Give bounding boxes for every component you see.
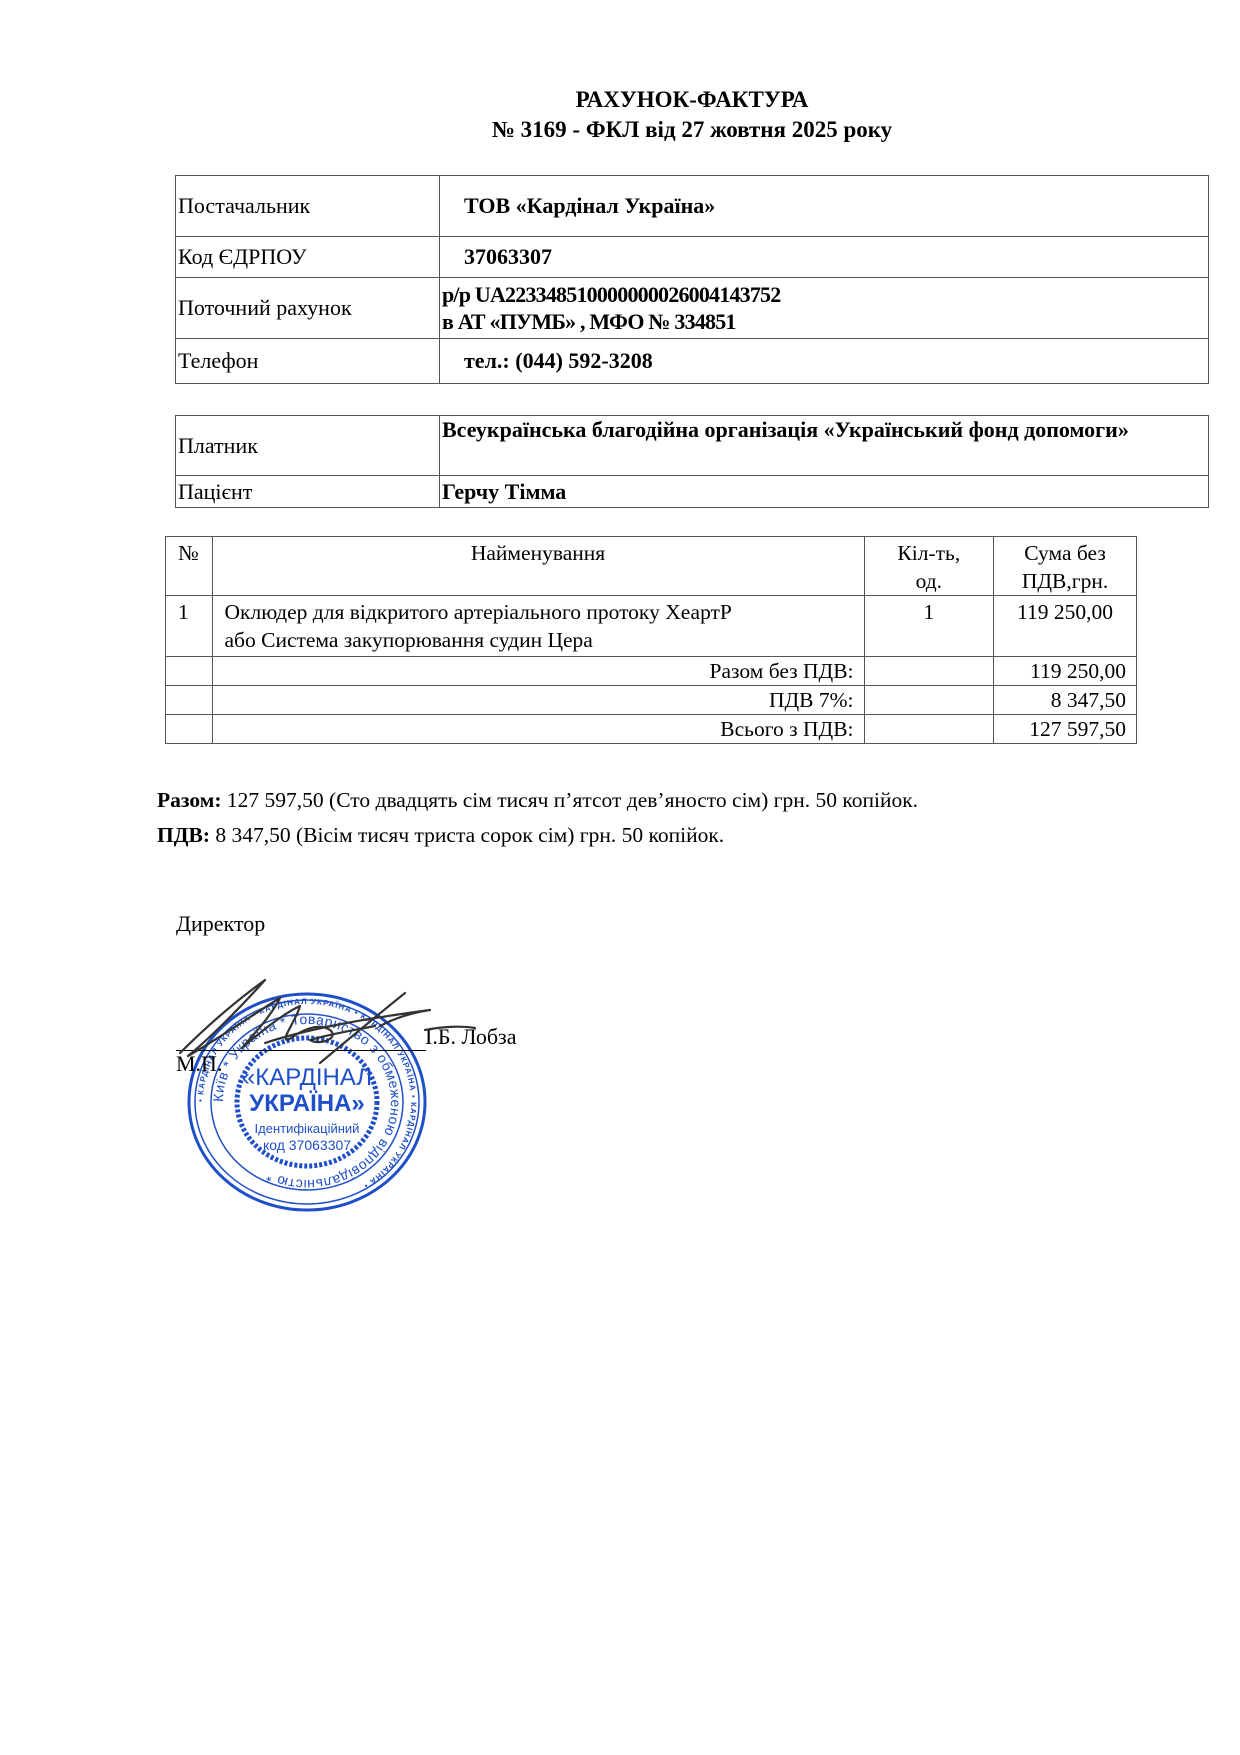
supplier-row: Постачальник ТОВ «Кардінал Україна» — [176, 176, 1209, 237]
phone-row: Телефон тел.: (044) 592-3208 — [176, 339, 1209, 384]
patient-label: Пацієнт — [176, 476, 440, 508]
phone-value: тел.: (044) 592-3208 — [440, 339, 1209, 384]
header-sum: Сума без ПДВ,грн. — [994, 537, 1137, 596]
vat-label: ПДВ 7%: — [212, 686, 864, 715]
vat-value: 8 347,50 — [994, 686, 1137, 715]
subtotal-row: Разом без ПДВ: 119 250,00 — [166, 657, 1137, 686]
patient-row: Пацієнт Герчу Тімма — [176, 476, 1209, 508]
vat-row: ПДВ 7%: 8 347,50 — [166, 686, 1137, 715]
item-name: Оклюдер для відкритого артеріального про… — [212, 596, 864, 657]
summary-vat-label: ПДВ: — [157, 823, 210, 847]
header-name: Найменування — [212, 537, 864, 596]
header-sum-line1: Сума без — [994, 539, 1136, 567]
subtotal-value: 119 250,00 — [994, 657, 1137, 686]
edrpou-label: Код ЄДРПОУ — [176, 237, 440, 278]
director-title: Директор — [176, 911, 265, 937]
edrpou-value: 37063307 — [440, 237, 1209, 278]
items-header-row: № Найменування Кіл-ть, од. Сума без ПДВ,… — [166, 537, 1137, 596]
summary-vat: ПДВ: 8 347,50 (Вісім тисяч триста сорок … — [157, 821, 724, 849]
item-qty: 1 — [864, 596, 994, 657]
svg-text:Ідентифікаційний: Ідентифікаційний — [255, 1121, 360, 1136]
payer-value: Всеукраїнська благодійна організація «Ук… — [440, 416, 1209, 476]
header-qty: Кіл-ть, од. — [864, 537, 994, 596]
phone-label: Телефон — [176, 339, 440, 384]
payer-label: Платник — [176, 416, 440, 476]
account-value: р/р UA223348510000000026004143752 в АТ «… — [440, 278, 1209, 339]
item-name-line2: або Система закупорювання судин Цера — [225, 626, 864, 654]
items-table: № Найменування Кіл-ть, од. Сума без ПДВ,… — [165, 536, 1137, 744]
summary-total: Разом: 127 597,50 (Сто двадцять сім тися… — [157, 786, 918, 814]
header-qty-line2: од. — [865, 567, 994, 595]
total-row: Всього з ПДВ: 127 597,50 — [166, 715, 1137, 744]
supplier-table: Постачальник ТОВ «Кардінал Україна» Код … — [175, 175, 1209, 384]
document-subtitle: № 3169 - ФКЛ від 27 жовтня 2025 року — [72, 114, 1240, 146]
item-num: 1 — [166, 596, 213, 657]
summary-total-label: Разом: — [157, 788, 222, 812]
svg-text:УКРАЇНА»: УКРАЇНА» — [249, 1090, 364, 1117]
supplier-label: Постачальник — [176, 176, 440, 237]
supplier-value: ТОВ «Кардінал Україна» — [440, 176, 1209, 237]
empty-cell — [864, 686, 994, 715]
summary-total-text: 127 597,50 (Сто двадцять сім тисяч п’ятс… — [222, 788, 919, 812]
account-bank: в АТ «ПУМБ» , МФО № 334851 — [442, 308, 1208, 335]
document-title: РАХУНОК-ФАКТУРА — [72, 84, 1240, 116]
edrpou-row: Код ЄДРПОУ 37063307 — [176, 237, 1209, 278]
header-sum-line2: ПДВ,грн. — [994, 567, 1136, 595]
empty-cell — [864, 715, 994, 744]
svg-text:«КАРДІНАЛ: «КАРДІНАЛ — [242, 1064, 372, 1091]
total-label: Всього з ПДВ: — [212, 715, 864, 744]
payer-row: Платник Всеукраїнська благодійна організ… — [176, 416, 1209, 476]
header-num: № — [166, 537, 213, 596]
header-qty-line1: Кіл-ть, — [865, 539, 994, 567]
item-sum: 119 250,00 — [994, 596, 1137, 657]
subtotal-label: Разом без ПДВ: — [212, 657, 864, 686]
item-name-line1: Оклюдер для відкритого артеріального про… — [225, 598, 864, 626]
account-label: Поточний рахунок — [176, 278, 440, 339]
svg-text:код 37063307: код 37063307 — [263, 1137, 351, 1153]
empty-cell — [864, 657, 994, 686]
empty-cell — [166, 657, 213, 686]
empty-cell — [166, 686, 213, 715]
handwritten-signature-icon — [170, 968, 480, 1068]
payer-table: Платник Всеукраїнська благодійна організ… — [175, 415, 1209, 508]
summary-vat-text: 8 347,50 (Вісім тисяч триста сорок сім) … — [210, 823, 724, 847]
account-number: р/р UA223348510000000026004143752 — [442, 281, 1208, 308]
empty-cell — [166, 715, 213, 744]
patient-value: Герчу Тімма — [440, 476, 1209, 508]
account-row: Поточний рахунок р/р UA22334851000000002… — [176, 278, 1209, 339]
total-value: 127 597,50 — [994, 715, 1137, 744]
table-row: 1 Оклюдер для відкритого артеріального п… — [166, 596, 1137, 657]
